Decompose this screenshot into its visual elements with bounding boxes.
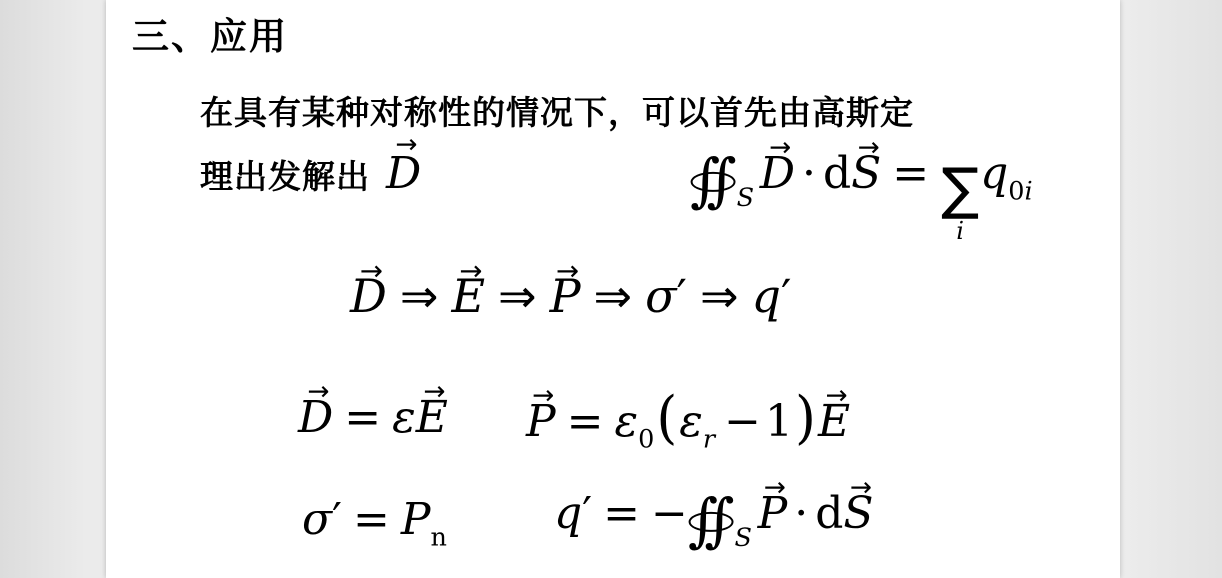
- left-paren: (: [656, 382, 677, 453]
- q-prime: q: [554, 488, 582, 539]
- integral-domain: S: [737, 183, 754, 213]
- minus-sign: −: [651, 488, 688, 539]
- body-line-1: 在具有某种对称性的情况下，可以首先由高斯定: [200, 82, 914, 143]
- integral-ellipse-icon: [691, 171, 736, 191]
- P-letter: P: [401, 494, 431, 545]
- vector-E: →E: [818, 394, 850, 449]
- vector-arrow-icon: →: [307, 379, 329, 405]
- dot-operator: ·: [802, 148, 816, 199]
- document-viewer: 三、应用 在具有某种对称性的情况下，可以首先由高斯定 理出发解出 →D ∫∫S→…: [0, 0, 1222, 578]
- prime-mark: ′: [676, 269, 686, 323]
- body-line-2-text: 理出发解出: [200, 146, 370, 207]
- implies-arrow: ⇒: [700, 269, 739, 323]
- vector-arrow-icon: →: [858, 135, 880, 161]
- sigma-prime: σ: [302, 494, 332, 545]
- q-subscript: 0i: [1008, 176, 1032, 206]
- prime-mark: ′: [582, 488, 592, 539]
- surface-charge-formula: σ′=Pn: [302, 492, 447, 554]
- free-charge-q: q: [980, 148, 1008, 199]
- epsilon-zero-subscript: 0: [638, 424, 654, 454]
- vector-arrow-icon: →: [459, 257, 482, 285]
- q-prime: q: [751, 269, 780, 323]
- vector-D: →D: [760, 146, 795, 201]
- vector-P: →P: [550, 268, 581, 326]
- integral-ellipse-icon: [689, 511, 734, 531]
- gauss-law-formula: ∫∫S→D·d→S=∑iq0i: [690, 146, 1033, 243]
- differential-d: d: [815, 488, 843, 539]
- normal-subscript: n: [431, 522, 447, 552]
- equals-sign: =: [892, 148, 929, 199]
- prime-mark: ′: [332, 494, 342, 545]
- vector-arrow-icon: →: [850, 475, 872, 501]
- vector-D: →D: [350, 268, 387, 326]
- bound-charge-formula: q′=−∫∫S→P·d→S: [554, 486, 874, 555]
- epsilon-zero: ε: [614, 396, 638, 447]
- vector-arrow-icon: →: [826, 383, 848, 409]
- equals-sign: =: [567, 396, 604, 447]
- epsilon-r-subscript: r: [703, 424, 715, 454]
- vector-arrow-icon: →: [532, 383, 554, 409]
- vector-arrow-icon: →: [360, 257, 383, 285]
- epsilon-r: ε: [679, 396, 703, 447]
- vector-D-inline: →D: [386, 143, 421, 204]
- closed-surface-integral-icon: ∫∫: [688, 491, 735, 549]
- prime-mark: ′: [781, 269, 791, 323]
- slide-title: 三、应用: [132, 6, 288, 60]
- vector-D: →D: [298, 390, 333, 445]
- closed-surface-integral-icon: ∫∫: [690, 151, 737, 209]
- vector-P: →P: [526, 394, 556, 449]
- implies-arrow: ⇒: [400, 269, 439, 323]
- equals-sign: =: [344, 392, 381, 443]
- vector-E: →E: [451, 268, 485, 326]
- right-paren: ): [795, 382, 816, 453]
- vector-E: →E: [416, 390, 448, 445]
- vector-S: →S: [843, 486, 873, 541]
- number-one: 1: [765, 396, 793, 447]
- minus-sign: −: [724, 396, 761, 447]
- slide-page: 三、应用 在具有某种对称性的情况下，可以首先由高斯定 理出发解出 →D ∫∫S→…: [106, 0, 1120, 578]
- vector-arrow-icon: →: [395, 132, 417, 158]
- epsilon: ε: [392, 392, 416, 443]
- equals-sign: =: [353, 494, 390, 545]
- derivation-chain-formula: →D⇒→E⇒→P⇒σ′⇒q′: [350, 268, 791, 326]
- constitutive-relation-formula: →D=ε→E: [298, 390, 448, 445]
- integral-domain: S: [735, 523, 752, 553]
- vector-arrow-icon: →: [423, 379, 445, 405]
- implies-arrow: ⇒: [498, 269, 537, 323]
- vector-arrow-icon: →: [764, 475, 786, 501]
- equals-sign: =: [603, 488, 640, 539]
- polarization-formula: →P=ε0(εr−1)→E: [526, 384, 850, 456]
- implies-arrow: ⇒: [594, 269, 633, 323]
- sigma-prime: σ: [645, 269, 676, 323]
- differential-d: d: [823, 148, 851, 199]
- vector-S: →S: [851, 146, 881, 201]
- vector-P: →P: [758, 486, 788, 541]
- summation-index: i: [956, 219, 964, 243]
- dot-operator: ·: [794, 488, 808, 539]
- vector-arrow-icon: →: [769, 135, 791, 161]
- vector-arrow-icon: →: [556, 257, 579, 285]
- summation-icon: ∑i: [941, 163, 979, 243]
